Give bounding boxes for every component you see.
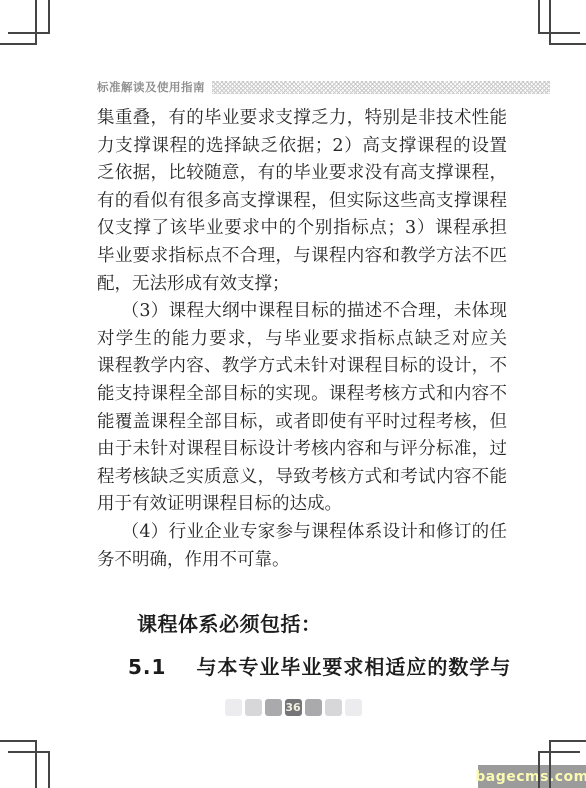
section-title: 与本专业毕业要求相适应的数学与: [196, 655, 511, 679]
body-line: 由于未针对课程目标设计考核内容和与评分标准，过: [97, 436, 507, 464]
body-line: 能覆盖课程全部目标，或者即使有平时过程考核，但: [97, 409, 507, 437]
running-head: 标准解读及使用指南: [97, 79, 550, 95]
body-line: （3）课程大纲中课程目标的描述不合理，未体现: [97, 298, 507, 326]
body-line: 程考核缺乏实质意义，导致考核方式和考试内容不能: [97, 464, 507, 492]
body-line: 务不明确，作用不可靠。: [97, 547, 507, 575]
body-line: 对学生的能力要求，与毕业要求指标点缺乏对应关系。: [97, 326, 507, 354]
running-head-title: 标准解读及使用指南: [97, 79, 205, 95]
body-text: 集重叠，有的毕业要求支撑乏力，特别是非技术性能 力支撑课程的选择缺乏依据；2）高…: [97, 105, 507, 574]
body-line: 配，无法形成有效支撑；: [97, 271, 507, 299]
pager-square: [325, 699, 342, 716]
body-line: 用于有效证明课程目标的达成。: [97, 491, 507, 519]
section-heading-5-1: 5.1与本专业毕业要求相适应的数学与: [128, 651, 511, 680]
body-line: 能支持课程全部目标的实现。课程考核方式和内容不: [97, 381, 507, 409]
body-line: （4）行业企业专家参与课程体系设计和修订的任: [97, 519, 507, 547]
section-heading: 课程体系必须包括：: [137, 608, 322, 637]
body-line: 课程教学内容、教学方式未针对课程目标的设计，不: [97, 353, 507, 381]
crop-mark-bottom-left-inner: [8, 751, 50, 788]
body-line: 集重叠，有的毕业要求支撑乏力，特别是非技术性能: [97, 105, 507, 133]
scanned-book-page: 标准解读及使用指南 集重叠，有的毕业要求支撑乏力，特别是非技术性能 力支撑课程的…: [0, 0, 586, 788]
page-number-pager: 36: [0, 699, 586, 716]
body-line: 仅支撑了该毕业要求中的个别指标点；3）课程承担的: [97, 215, 507, 243]
running-head-hatch-bar: [212, 81, 550, 94]
body-line: 毕业要求指标点不合理，与课程内容和教学方法不匹: [97, 243, 507, 271]
pager-square: [345, 699, 362, 716]
crop-mark-bottom-right-inner: [538, 751, 580, 788]
body-line: 乏依据，比较随意，有的毕业要求没有高支撑课程，: [97, 160, 507, 188]
section-number: 5.1: [128, 655, 166, 679]
crop-mark-top-left-inner: [8, 0, 50, 34]
body-line: 有的看似有很多高支撑课程，但实际这些高支撑课程: [97, 188, 507, 216]
pager-square: [305, 699, 322, 716]
page-number-badge: 36: [285, 699, 302, 716]
pager-square: [245, 699, 262, 716]
pager-square: [265, 699, 282, 716]
body-line: 力支撑课程的选择缺乏依据；2）高支撑课程的设置缺: [97, 133, 507, 161]
crop-mark-top-right-inner: [538, 0, 580, 34]
pager-square: [225, 699, 242, 716]
